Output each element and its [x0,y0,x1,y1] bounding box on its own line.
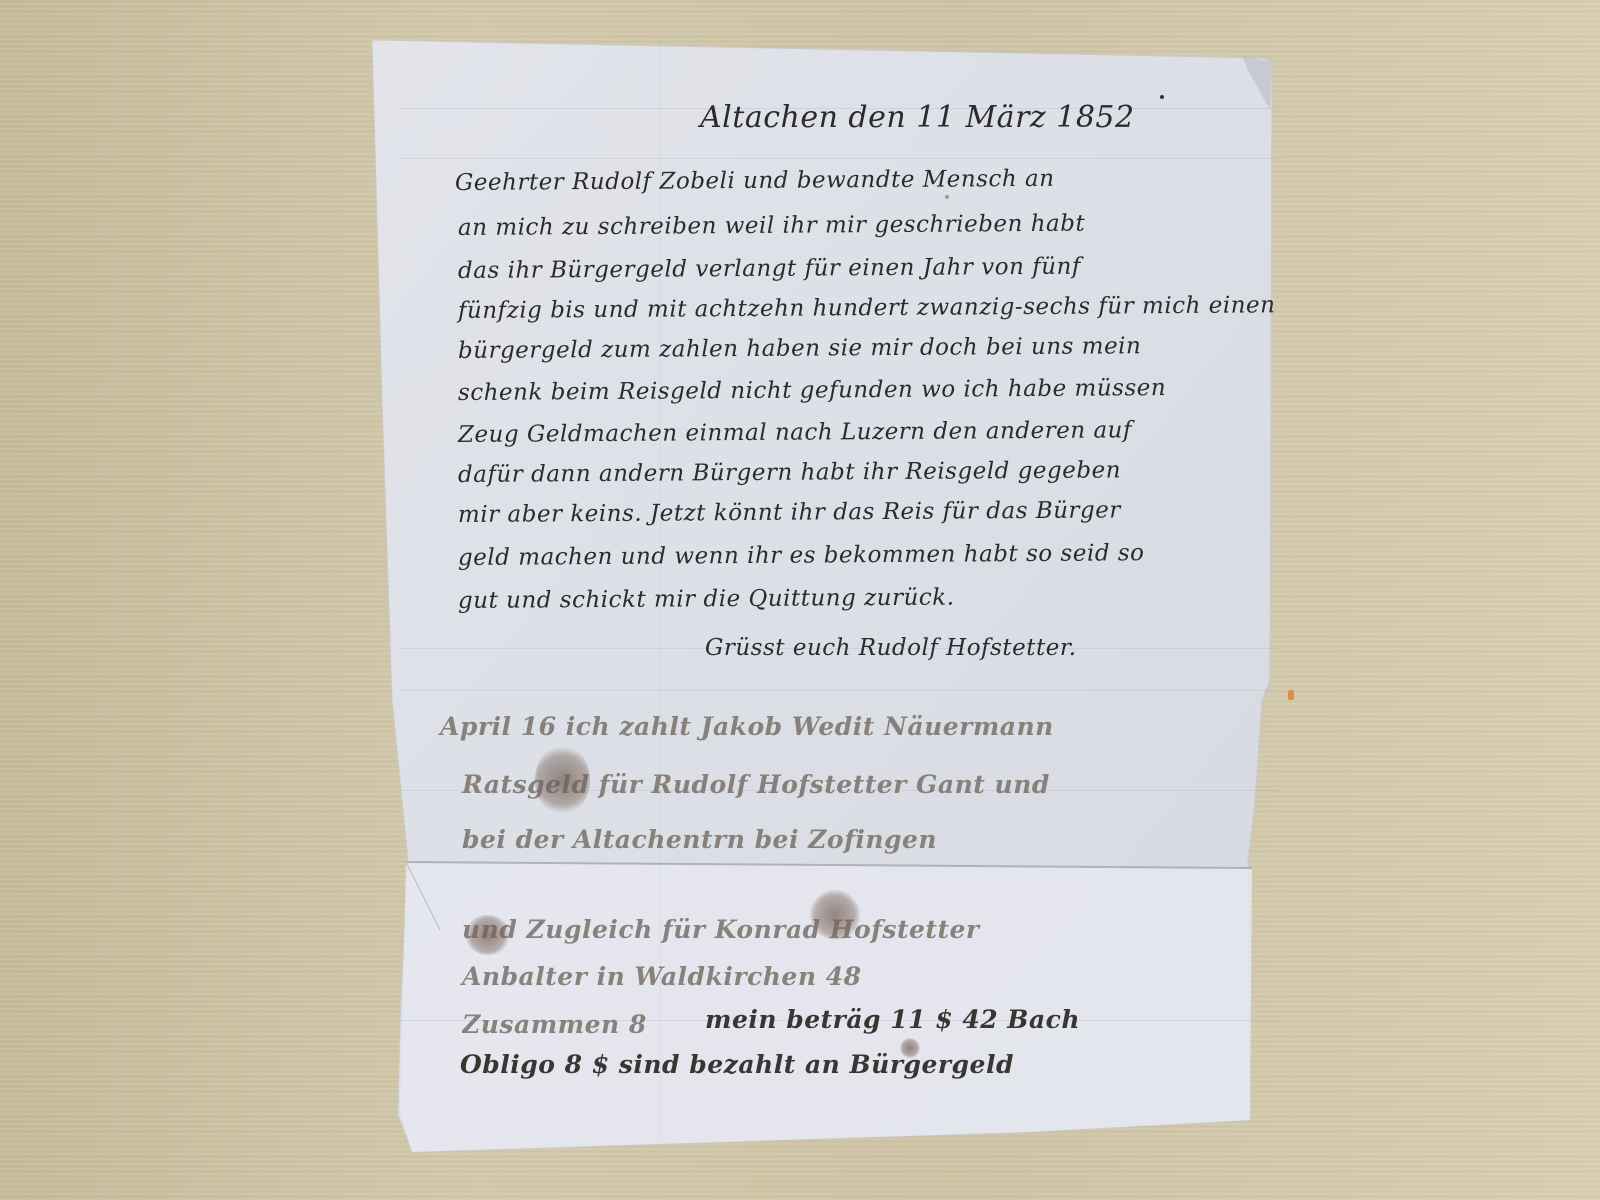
note-line: April 16 ich zahlt Jakob Wedit Näuermann [440,712,1054,741]
note-line: mein beträg 11 $ 42 Bach [705,1005,1080,1034]
note-line: und Zugleich für Konrad Hofstetter [462,915,980,944]
ruled-line [400,690,1280,691]
stain-mark [1288,690,1294,700]
ruled-line [400,158,1280,159]
signature: Grüsst euch Rudolf Hofstetter. [705,635,1077,661]
body-line: gut und schickt mir die Quittung zurück. [458,585,955,614]
date-line: Altachen den 11 März 1852 [700,100,1135,135]
letter-photo: Altachen den 11 März 1852 Geehrter Rudol… [0,0,1600,1200]
ink-stain [465,915,510,955]
body-line: bürgergeld zum zahlen haben sie mir doch… [458,333,1141,364]
ink-stain [535,745,590,815]
body-line: dafür dann andern Bürgern habt ihr Reisg… [458,457,1121,488]
body-line: Geehrter Rudolf Zobeli und bewandte Mens… [455,166,1055,196]
body-line: geld machen und wenn ihr es bekommen hab… [458,540,1145,571]
note-line: Obligo 8 $ sind bezahlt an Bürgergeld [460,1050,1014,1079]
body-line: schenk beim Reisgeld nicht gefunden wo i… [458,375,1166,406]
body-line: Zeug Geldmachen einmal nach Luzern den a… [458,417,1132,448]
note-line: Zusammen 8 [462,1010,692,1039]
note-line: bei der Altachentrn bei Zofingen [462,825,937,854]
ink-stain [900,1038,920,1058]
speck [945,195,949,199]
body-line: an mich zu schreiben weil ihr mir geschr… [458,211,1085,241]
body-line: das ihr Bürgergeld verlangt für einen Ja… [458,254,1081,284]
ink-stain [810,890,860,940]
speck [1160,95,1164,99]
note-line: Anbalter in Waldkirchen 48 [462,962,862,991]
body-line: mir aber keins. Jetzt könnt ihr das Reis… [458,497,1121,528]
